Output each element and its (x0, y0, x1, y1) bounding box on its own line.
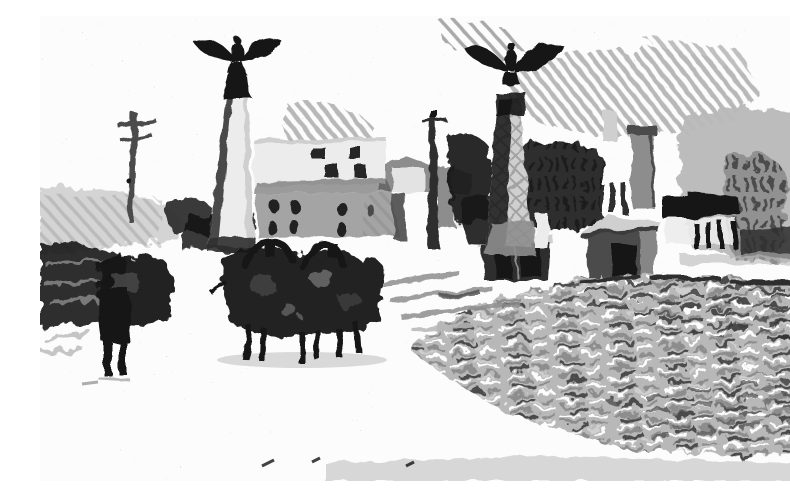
shed-far-right (662, 196, 690, 218)
sketch-canvas: monochrome-posterized-sketch (40, 16, 790, 481)
chimney (604, 112, 617, 142)
barracks-building (254, 138, 406, 240)
